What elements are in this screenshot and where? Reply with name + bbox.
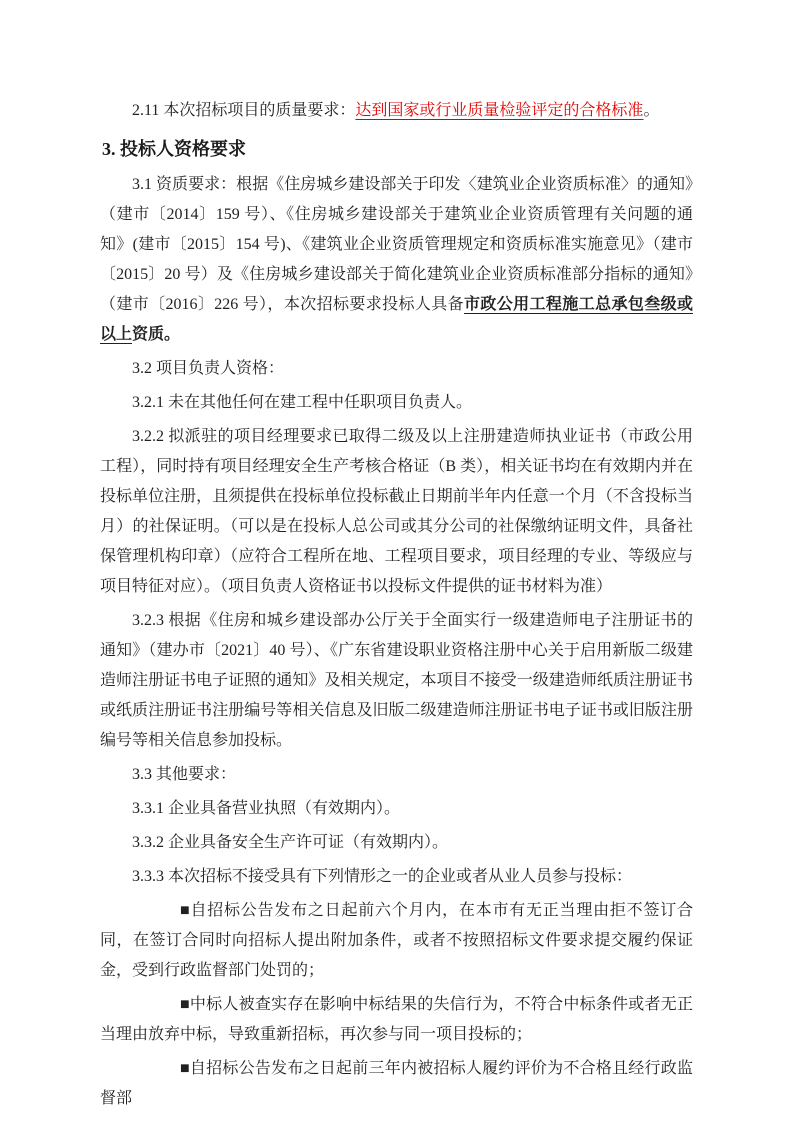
para-2-11-run: 达到国家或行业质量检验评定的合格标准	[355, 102, 643, 119]
para-3-3-2-run: 3.3.2 企业具备安全生产许可证（有效期内）。	[132, 834, 448, 851]
bullet-1-run: ■自招标公告发布之日起前六个月内，在本市有无正当理由拒不签订合同，在签订合同时向…	[100, 902, 693, 979]
para-3-1-run: 3.1 资质要求：根据《住房城乡建设部关于印发〈建筑业企业资质标准〉的通知》（建…	[100, 176, 693, 313]
bullet-3: ■自招标公告发布之日起前三年内被招标人履约评价为不合格且经行政监督部	[100, 1054, 693, 1114]
para-3-2-2: 3.2.2 拟派驻的项目经理要求已取得二级及以上注册建造师执业证书（市政公用工程…	[100, 422, 693, 602]
para-2-11-run: 。	[643, 102, 659, 119]
para-3-3-1-run: 3.3.1 企业具备营业执照（有效期内）。	[132, 800, 400, 817]
bullet-1: ■自招标公告发布之日起前六个月内，在本市有无正当理由拒不签订合同，在签订合同时向…	[100, 896, 693, 986]
para-3-3-2: 3.3.2 企业具备安全生产许可证（有效期内）。	[100, 828, 693, 858]
para-3-2-2-run: 3.2.2 拟派驻的项目经理要求已取得二级及以上注册建造师执业证书（市政公用工程…	[100, 428, 693, 595]
heading-3: 3. 投标人资格要求	[100, 134, 693, 164]
document-body: 2.11 本次招标项目的质量要求：达到国家或行业质量检验评定的合格标准。3. 投…	[100, 96, 693, 1114]
bullet-2: ■中标人被查实存在影响中标结果的失信行为，不符合中标条件或者无正当理由放弃中标，…	[100, 990, 693, 1050]
para-3-2-3-run: 3.2.3 根据《住房和城乡建设部办公厅关于全面实行一级建造师电子注册证书的通知…	[100, 612, 693, 749]
bullet-2-run: ■中标人被查实存在影响中标结果的失信行为，不符合中标条件或者无正当理由放弃中标，…	[100, 996, 693, 1043]
para-3-2-3: 3.2.3 根据《住房和城乡建设部办公厅关于全面实行一级建造师电子注册证书的通知…	[100, 606, 693, 756]
document-page: 2.11 本次招标项目的质量要求：达到国家或行业质量检验评定的合格标准。3. 投…	[0, 0, 794, 1123]
para-3-3-3: 3.3.3 本次招标不接受具有下列情形之一的企业或者从业人员参与投标：	[100, 862, 693, 892]
para-3-2-1: 3.2.1 未在其他任何在建工程中任职项目负责人。	[100, 388, 693, 418]
para-2-11-run: 2.11 本次招标项目的质量要求：	[132, 102, 355, 119]
para-2-11: 2.11 本次招标项目的质量要求：达到国家或行业质量检验评定的合格标准。	[100, 96, 693, 126]
bullet-3-run: ■自招标公告发布之日起前三年内被招标人履约评价为不合格且经行政监督部	[100, 1060, 693, 1107]
heading-3-run: 3. 投标人资格要求	[102, 139, 246, 159]
para-3-3-1: 3.3.1 企业具备营业执照（有效期内）。	[100, 794, 693, 824]
para-3-2-1-run: 3.2.1 未在其他任何在建工程中任职项目负责人。	[132, 394, 472, 411]
para-3-1: 3.1 资质要求：根据《住房城乡建设部关于印发〈建筑业企业资质标准〉的通知》（建…	[100, 170, 693, 350]
para-3-1-run: 资质。	[132, 326, 180, 343]
para-3-3-3-run: 3.3.3 本次招标不接受具有下列情形之一的企业或者从业人员参与投标：	[132, 868, 632, 885]
para-3-2: 3.2 项目负责人资格：	[100, 354, 693, 384]
para-3-2-run: 3.2 项目负责人资格：	[132, 360, 284, 377]
para-3-3: 3.3 其他要求：	[100, 760, 693, 790]
para-3-3-run: 3.3 其他要求：	[132, 766, 236, 783]
